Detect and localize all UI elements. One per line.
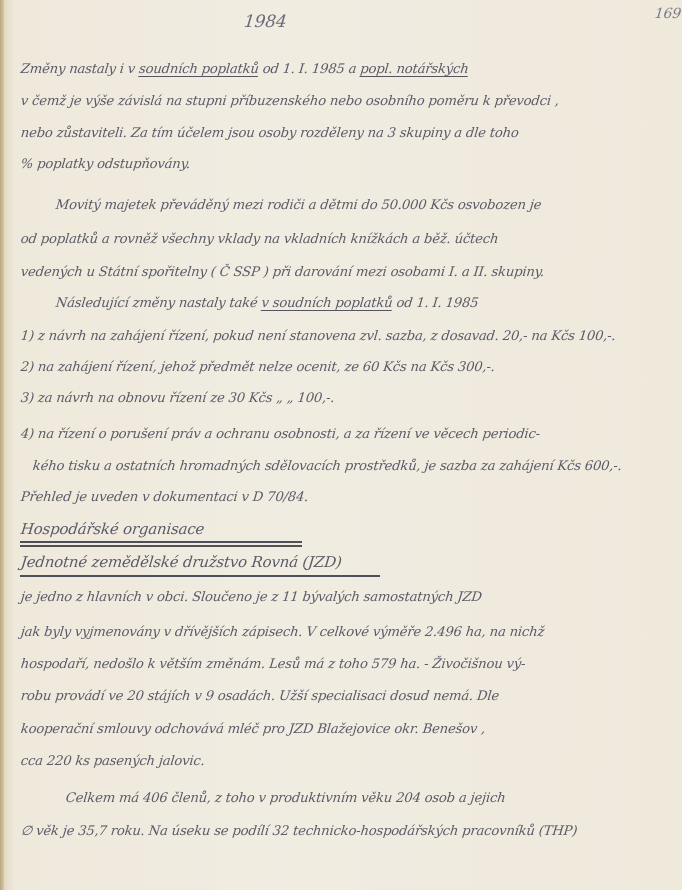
text-line: Movitý majetek převáděný mezi rodiči a d… (55, 198, 542, 213)
heading-underline (20, 541, 302, 543)
text-line: 4) na řízení o porušení práv a ochranu o… (20, 427, 541, 442)
text-line: jak byly vyjmenovány v dřívějších zápise… (20, 625, 545, 640)
subheading-underline (20, 575, 380, 577)
chronicle-page: 1984 169 Změny nastaly i v soudních popl… (0, 0, 682, 890)
text-line: vedených u Státní spořitelny ( Č SSP ) p… (20, 265, 545, 280)
underlined-phrase: soudních poplatků (138, 62, 259, 77)
text-line: robu provádí ve 20 stájích v 9 osadách. … (20, 689, 500, 704)
text-line: Změny nastaly i v soudních poplatků od 1… (20, 62, 469, 77)
text-line: 3) za návrh na obnovu řízení ze 30 Kčs „… (20, 391, 335, 406)
text-segment: od 1. I. 1985 a (258, 62, 361, 77)
heading-underline (20, 545, 302, 547)
text-line: ∅ věk je 35,7 roku. Na úseku se podílí 3… (20, 824, 578, 839)
text-segment: Následující změny nastaly také (55, 296, 262, 311)
text-line: Přehled je uveden v dokumentaci v D 70/8… (20, 490, 309, 505)
text-line: v čemž je výše závislá na stupni příbuze… (20, 94, 560, 109)
text-line: Celkem má 406 členů, z toho v produktivn… (65, 791, 506, 806)
underlined-phrase: v soudních poplatků (261, 296, 394, 311)
text-line: kého tisku a ostatních hromadných sdělov… (32, 459, 622, 474)
text-line: od poplatků a rovněž všechny vklady na v… (20, 232, 499, 247)
page-binding-edge (0, 0, 4, 890)
text-line: Následující změny nastaly také v soudníc… (55, 296, 479, 311)
text-line: nebo zůstaviteli. Za tím účelem jsou oso… (20, 126, 519, 141)
text-line: 2) na zahájení řízení, jehož předmět nel… (20, 360, 495, 375)
text-line: cca 220 ks pasených jalovic. (20, 754, 205, 769)
section-heading: Hospodářské organisace (20, 520, 205, 538)
section-subheading: Jednotné zemědělské družstvo Rovná (JZD) (20, 553, 343, 571)
text-line: 1) z návrh na zahájení řízení, pokud nen… (20, 329, 616, 344)
underlined-phrase: popl. notářských (359, 62, 469, 77)
text-line: kooperační smlouvy odchovává mléč pro JZ… (20, 722, 486, 737)
text-line: hospodaří, nedošlo k větším změnám. Lesů… (20, 657, 526, 672)
page-year: 1984 (243, 12, 288, 32)
text-segment: od 1. I. 1985 (392, 296, 479, 311)
page-number: 169 (654, 6, 682, 22)
text-segment: Změny nastaly i v (20, 62, 140, 77)
text-line: je jedno z hlavních v obci. Sloučeno je … (20, 590, 483, 605)
text-line: % poplatky odstupňovány. (20, 157, 191, 172)
